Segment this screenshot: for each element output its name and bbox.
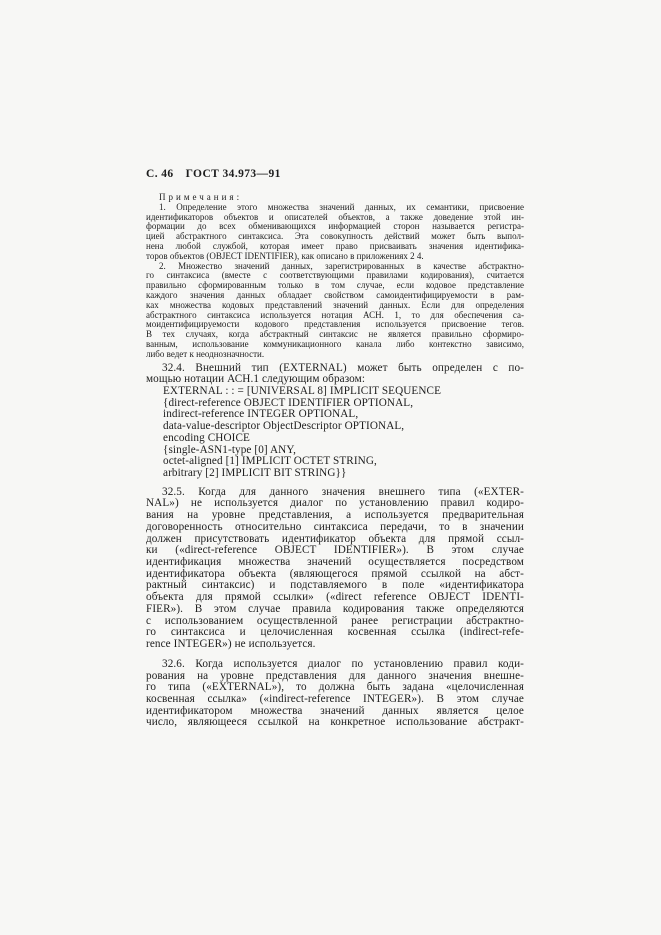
note-1: 1. Определение этого множества значений … — [146, 203, 524, 262]
document-page: С. 46ГОСТ 34.973—91 Примечания: 1. Опред… — [0, 0, 661, 935]
doc-number: ГОСТ 34.973—91 — [186, 168, 281, 180]
asn1-definition-block: EXTERNAL : : = [UNIVERSAL 8] IMPLICIT SE… — [146, 386, 524, 480]
page-content: С. 46ГОСТ 34.973—91 Примечания: 1. Опред… — [146, 168, 524, 729]
notes-block: Примечания: 1. Определение этого множест… — [146, 193, 524, 360]
section-32-6: 32.6. Когда используется диалог по устан… — [146, 659, 524, 729]
page-number-label: С. 46 — [146, 168, 174, 180]
section-32-5: 32.5. Когда для данного значения внешнег… — [146, 487, 524, 651]
page-header: С. 46ГОСТ 34.973—91 — [146, 168, 524, 180]
note-2: 2. Множество значений данных, зарегистри… — [146, 262, 524, 360]
section-32-4-intro: 32.4. Внешний тип (EXTERNAL) может быть … — [146, 363, 524, 386]
